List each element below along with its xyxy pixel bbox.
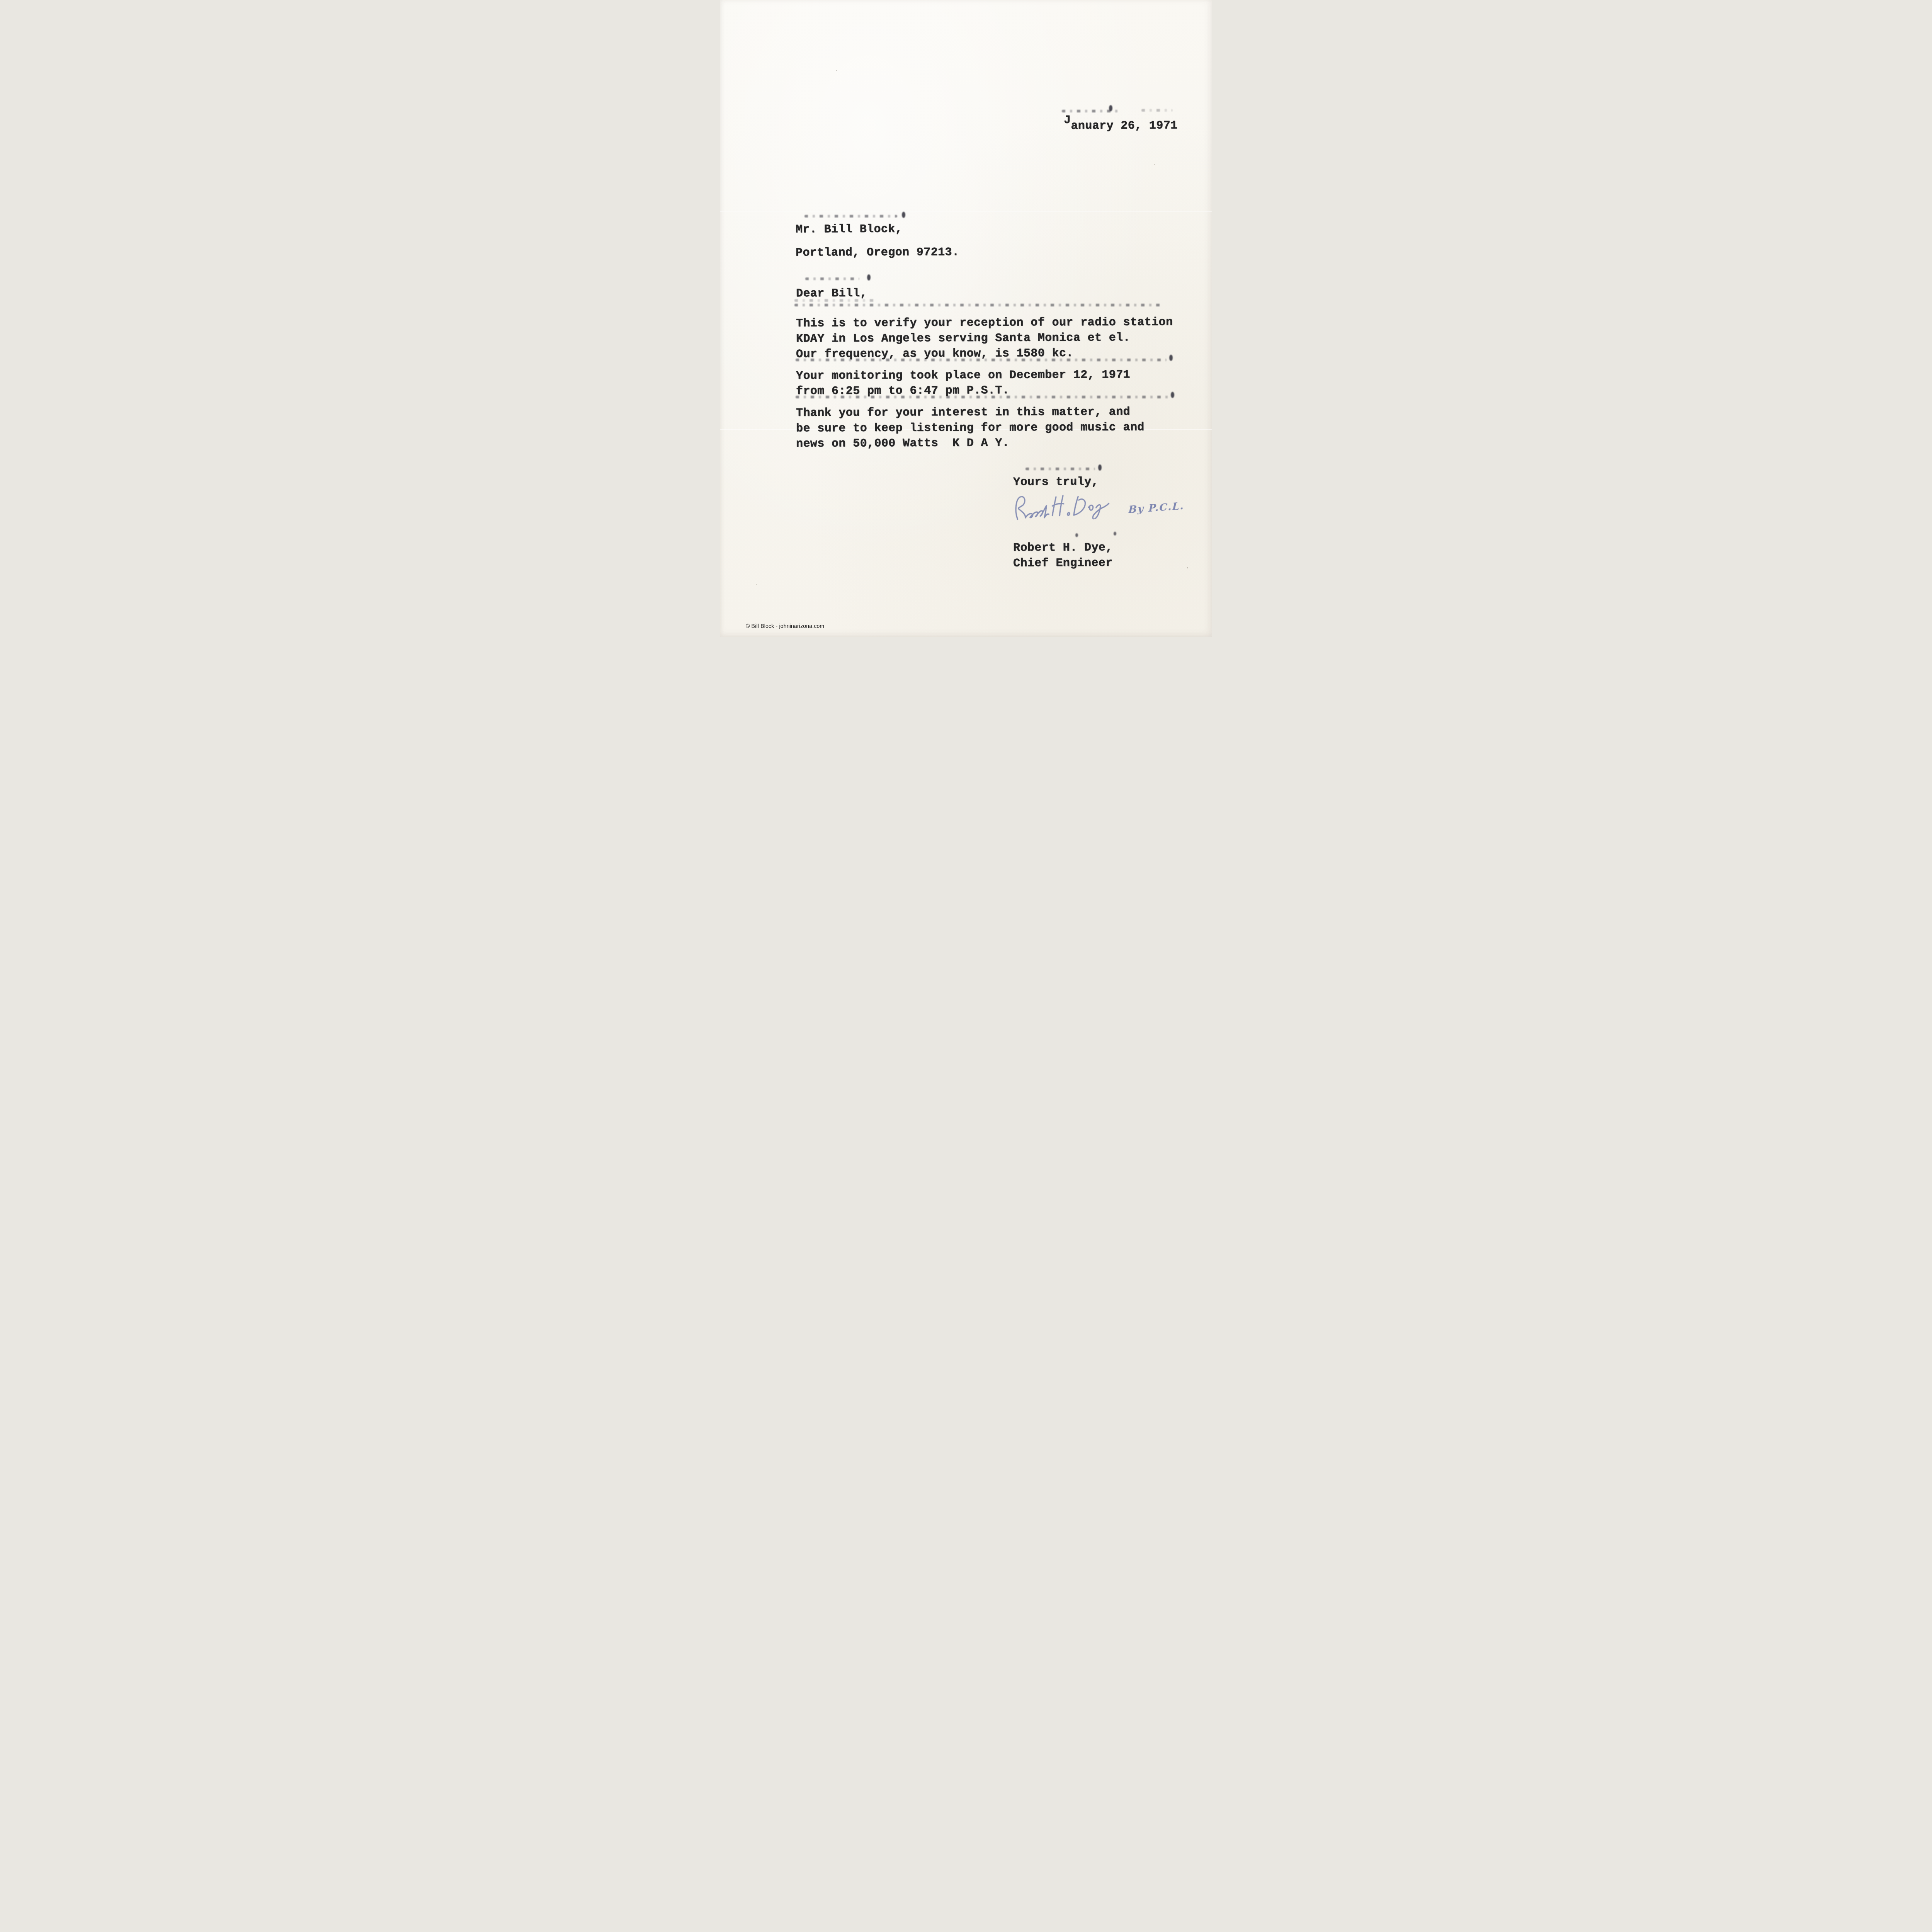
ink-smudge (805, 277, 859, 280)
paper-speck (836, 70, 837, 71)
body-line: from 6:25 pm to 6:47 pm P.S.T. (796, 383, 1009, 399)
date-text: anuary 26, 1971 (1071, 119, 1177, 133)
ink-smudge (1141, 109, 1172, 112)
salutation: Dear Bill, (796, 286, 867, 302)
fold-crease (720, 211, 1212, 212)
ink-blob (867, 274, 871, 281)
copyright-credit: © Bill Block - johninarizona.com (746, 623, 824, 629)
ink-blob (1171, 392, 1174, 398)
ink-blob (1075, 533, 1078, 537)
paper-speck (1187, 567, 1188, 568)
paper-speck (1154, 164, 1155, 165)
ink-blob (1098, 464, 1102, 471)
signed-name: Robert H. Dye, (1013, 540, 1113, 556)
body-line: Your monitoring took place on December 1… (796, 367, 1130, 384)
date-line: January 26, 1971 (1064, 118, 1178, 134)
recipient-city: Portland, Oregon 97213. (796, 245, 959, 260)
ink-smudge (794, 304, 1162, 306)
body-line: news on 50,000 Watts K D A Y. (796, 435, 1009, 452)
ink-blob (1169, 355, 1173, 361)
date-raised-initial: J (1064, 114, 1071, 127)
ink-smudge (804, 215, 897, 218)
recipient-name: Mr. Bill Block, (796, 222, 902, 238)
ink-blob (1109, 105, 1112, 111)
signed-title: Chief Engineer (1013, 556, 1113, 571)
body-line: KDAY in Los Angeles serving Santa Monica… (796, 330, 1130, 347)
body-line: be sure to keep listening for more good … (796, 420, 1145, 436)
body-line: Our frequency, as you know, is 1580 kc. (796, 346, 1073, 362)
body-line: This is to verify your reception of our … (796, 315, 1173, 331)
paper-speck (756, 584, 757, 585)
ink-blob (1114, 532, 1116, 536)
ink-blob (902, 212, 905, 218)
ink-smudge (1026, 468, 1095, 470)
body-line: Thank you for your interest in this matt… (796, 404, 1130, 421)
signature-initials: By P.C.L. (1128, 500, 1185, 516)
scanned-letter-page: January 26, 1971 Mr. Bill Block, Portlan… (720, 0, 1212, 637)
